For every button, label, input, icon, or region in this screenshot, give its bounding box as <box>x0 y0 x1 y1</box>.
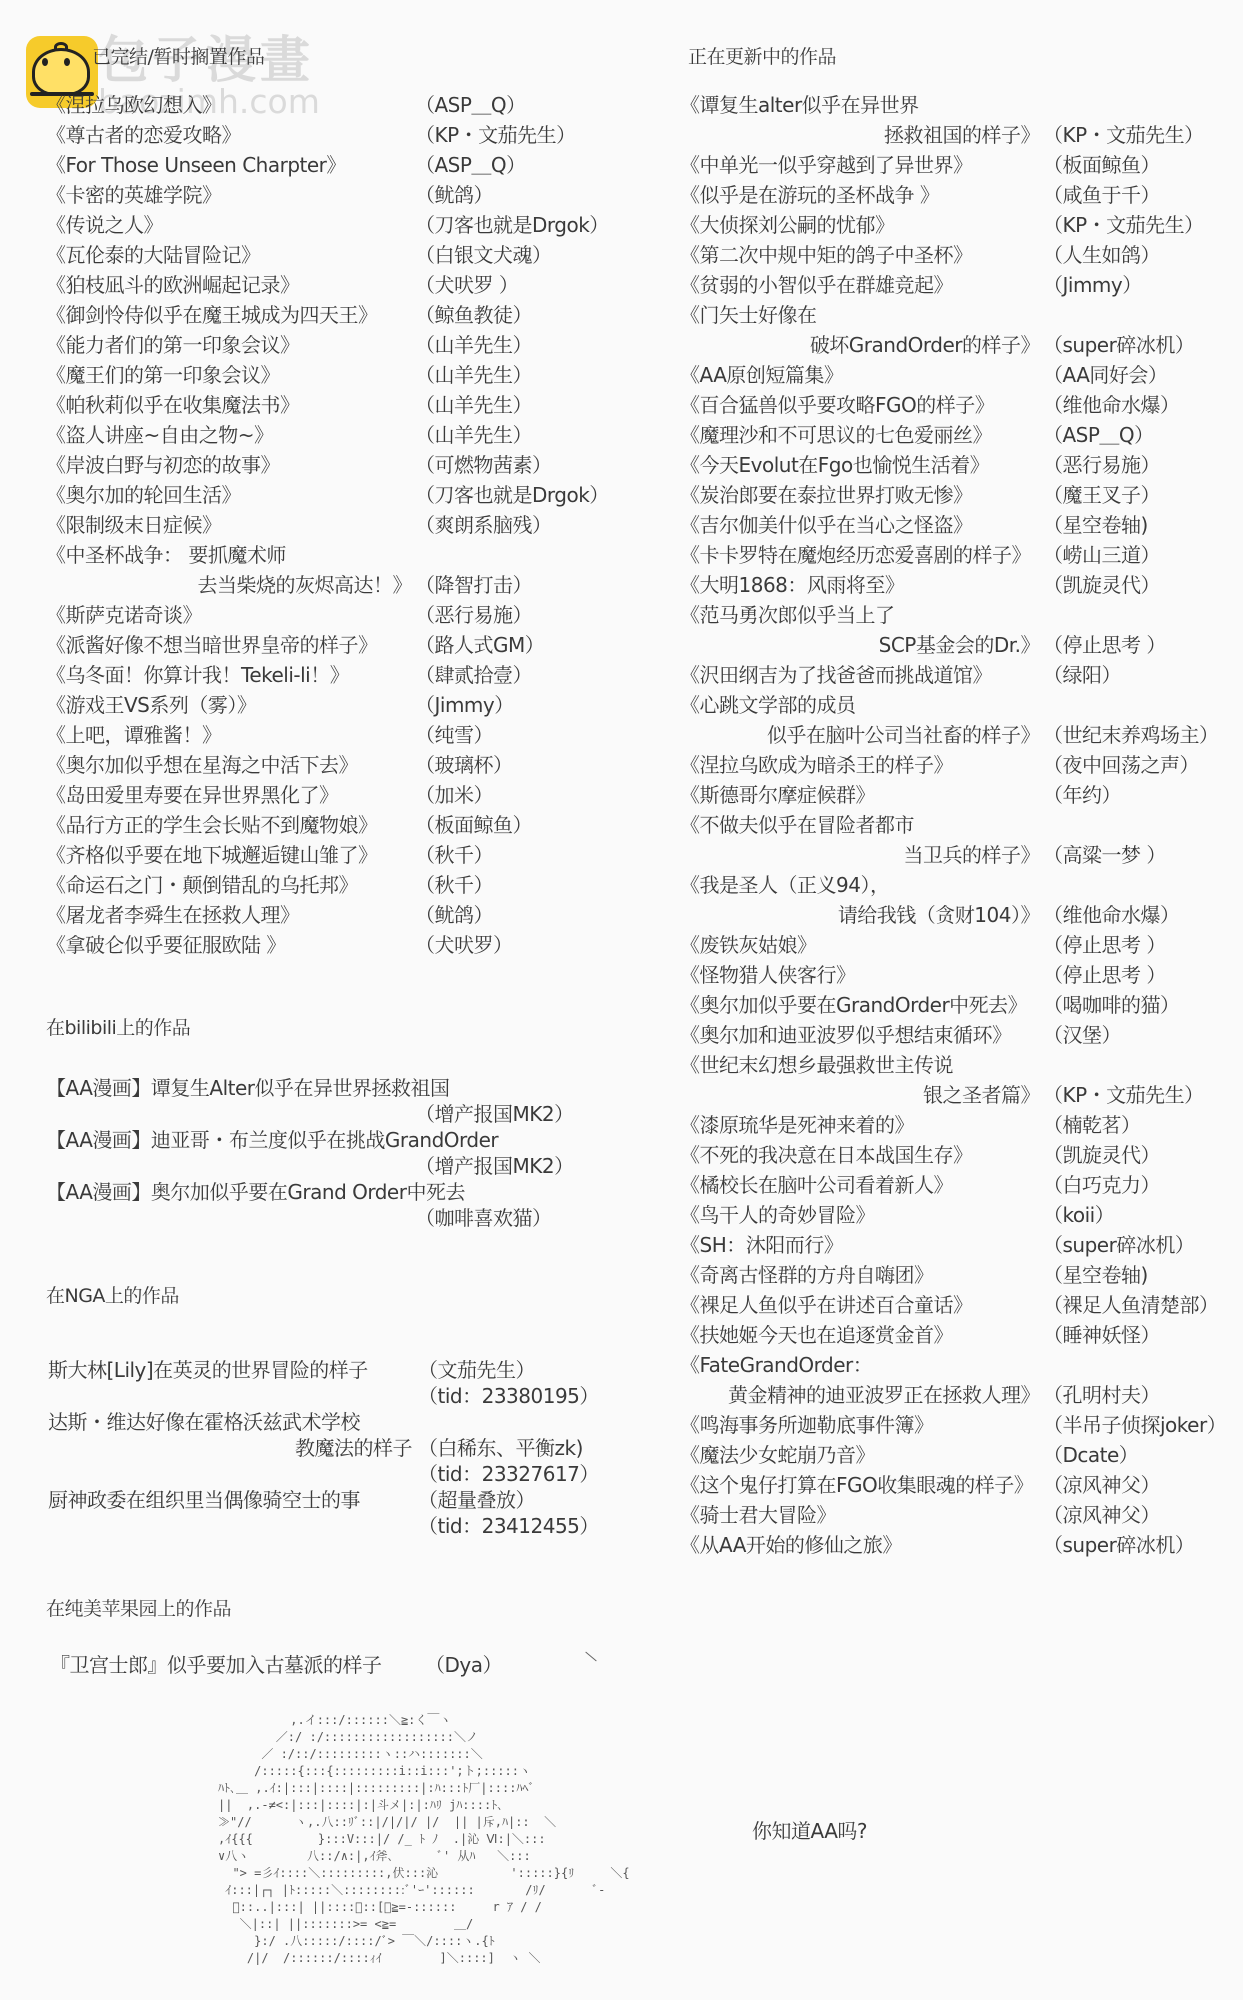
list-item-title: 《贫弱的小智似乎在群雄竞起》 <box>680 270 953 300</box>
list-item-author: （ASP＿Q） <box>415 150 526 180</box>
list-item-title: 《中单光一似乎穿越到了异世界》 <box>680 150 973 180</box>
list-item-title-continued: 去当柴烧的灰烬高达！》 <box>198 570 413 600</box>
list-item-title: 《中圣杯战争： 要抓魔术师 <box>46 540 286 570</box>
list-item-title-continued: 破坏GrandOrder的样子》 <box>810 330 1040 360</box>
list-item-tid: （tid：23380195） <box>418 1381 599 1411</box>
list-item-author: （秋千） <box>415 840 493 870</box>
list-item-author: （super碎冰机） <box>1043 1230 1194 1260</box>
list-item-author: （凉风神父） <box>1043 1500 1160 1530</box>
list-item-title: 《FateGrandOrder： <box>680 1350 872 1380</box>
bilibili-heading: 在bilibili上的作品 <box>46 1013 190 1043</box>
list-item-author: （加米） <box>415 780 493 810</box>
list-item-title: 《奥尔加似乎想在星海之中活下去》 <box>46 750 358 780</box>
list-item-author: （路人式GM） <box>415 630 544 660</box>
list-item-title: 《从AA开始的修仙之旅》 <box>680 1530 902 1560</box>
list-item-title: 《骑士君大冒险》 <box>680 1500 836 1530</box>
list-item-author: （白银文犬魂） <box>415 240 552 270</box>
list-item-author: （Jimmy） <box>1043 270 1142 300</box>
list-item-title: 《魔理沙和不可思议的七色爱丽丝》 <box>680 420 992 450</box>
list-item-author: （koii） <box>1043 1200 1114 1230</box>
list-item-author: （鱿鸽） <box>415 180 493 210</box>
list-item-author: （山羊先生） <box>415 360 532 390</box>
list-item-title: 《派酱好像不想当暗世界皇帝的样子》 <box>46 630 378 660</box>
list-item-author: （刀客也就是Drgok） <box>415 210 609 240</box>
updating-heading: 正在更新中的作品 <box>688 42 836 72</box>
list-item-title: 《大明1868：风雨将至》 <box>680 570 904 600</box>
list-item-title: 【AA漫画】奥尔加似乎要在Grand Order中死去 <box>46 1177 465 1207</box>
list-item-author: （ASP＿Q） <box>415 90 526 120</box>
list-item-title-continued: 拯救祖国的样子》 <box>884 120 1040 150</box>
list-item-author: （KP・文茄先生） <box>1043 1080 1204 1110</box>
list-item-author: （恶行易施） <box>415 600 532 630</box>
list-item-title: 《大侦探刘公嗣的忧郁》 <box>680 210 895 240</box>
list-item-title-continued: 黄金精神的迪亚波罗正在拯救人理》 <box>728 1380 1040 1410</box>
list-item-title: 《能力者们的第一印象会议》 <box>46 330 300 360</box>
ascii-art-illustration: ,.イ:::/::::::＼≧:く￣ヽ ／:/ :/::::::::::::::… <box>218 1712 630 1967</box>
list-item-author: （喝咖啡的猫） <box>1043 990 1180 1020</box>
list-item-author: （降智打击） <box>415 570 532 600</box>
list-item-title: 《奥尔加似乎要在GrandOrder中死去》 <box>680 990 1027 1020</box>
list-item-title: 《世纪末幻想乡最强救世主传说 <box>680 1050 953 1080</box>
list-item-title-continued: 似乎在脑叶公司当社畜的样子》 <box>767 720 1040 750</box>
list-item-title: 《奇离古怪群的方舟自嗨团》 <box>680 1260 934 1290</box>
list-item-title: 《游戏王VS系列（雾）》 <box>46 690 256 720</box>
list-item-title: 《斯萨克诺奇谈》 <box>46 600 202 630</box>
list-item-author: （维他命水爆） <box>1043 390 1180 420</box>
list-item-author: （纯雪） <box>415 720 493 750</box>
list-item-title: 《废铁灰姑娘》 <box>680 930 817 960</box>
list-item-title: 《似乎是在游玩的圣杯战争 》 <box>680 180 939 210</box>
list-item-author: （鱿鸽） <box>415 900 493 930</box>
list-item-title: 《帕秋莉似乎在收集魔法书》 <box>46 390 300 420</box>
list-item-title: 《橘校长在脑叶公司看着新人》 <box>680 1170 953 1200</box>
list-item-title: 《不死的我决意在日本战国生存》 <box>680 1140 973 1170</box>
list-item-author: （停止思考 ） <box>1043 960 1166 990</box>
list-item-author: （半吊子侦探joker） <box>1043 1410 1226 1440</box>
list-item-title: 《御剑怜侍似乎在魔王城成为四天王》 <box>46 300 378 330</box>
list-item-author: （咖啡喜欢猫） <box>415 1203 552 1233</box>
list-item-author: （鲸鱼教徒） <box>415 300 532 330</box>
list-item-title-continued: 银之圣者篇》 <box>923 1080 1040 1110</box>
list-item-title: 斯大林[Lily]在英灵的世界冒险的样子 <box>48 1355 368 1385</box>
list-item-title: 《瓦伦泰的大陆冒险记》 <box>46 240 261 270</box>
list-item-title: 《鸣海事务所迦勒底事件簿》 <box>680 1410 934 1440</box>
list-item-title: 《限制级末日症候》 <box>46 510 222 540</box>
list-item-author: （KP・文茄先生） <box>1043 210 1204 240</box>
list-item-author: （山羊先生） <box>415 390 532 420</box>
list-item-title: 厨神政委在组织里当偶像骑空士的事 <box>48 1485 360 1515</box>
list-item-author: （爽朗系脑残） <box>415 510 552 540</box>
list-item-author: （星空卷轴) <box>1043 1260 1148 1290</box>
list-item-author: （犬吠罗 ） <box>415 270 518 300</box>
list-item-author: （KP・文茄先生） <box>415 120 576 150</box>
list-item-title: 《齐格似乎要在地下城邂逅键山雏了》 <box>46 840 378 870</box>
list-item-title: 《岸波白野与初恋的故事》 <box>46 450 280 480</box>
list-item-author: （高粱一梦 ） <box>1043 840 1166 870</box>
list-item-author: （睡神妖怪） <box>1043 1320 1160 1350</box>
list-item-author: （咸鱼于千） <box>1043 180 1160 210</box>
list-item-author: （魔王叉子） <box>1043 480 1160 510</box>
list-item-author: （汉堡） <box>1043 1020 1121 1050</box>
list-item-title: 《魔法少女蛇崩乃音》 <box>680 1440 875 1470</box>
list-item-title: 《漆原琉华是死神来着的》 <box>680 1110 914 1140</box>
list-item-author: （super碎冰机） <box>1043 330 1194 360</box>
list-item-title: 《魔王们的第一印象会议》 <box>46 360 280 390</box>
list-item-title: 《今天Evolut在Fgo也愉悦生活着》 <box>680 450 989 480</box>
list-item-title: 《拿破仑似乎要征服欧陆 》 <box>46 930 286 960</box>
list-item-title: 《范马勇次郎似乎当上了 <box>680 600 895 630</box>
list-item-author: （年约） <box>1043 780 1121 810</box>
list-item-title: 《第二次中规中矩的鸽子中圣杯》 <box>680 240 973 270</box>
list-item-author: （ASP＿Q） <box>1043 420 1154 450</box>
list-item-author: （KP・文茄先生） <box>1043 120 1204 150</box>
nga-heading: 在NGA上的作品 <box>46 1281 179 1311</box>
list-item-title-continued: SCP基金会的Dr.》 <box>879 630 1040 660</box>
completed-heading: 已完结/暂时搁置作品 <box>92 42 264 72</box>
list-item-title: 《吉尔伽美什似乎在当心之怪盗》 <box>680 510 973 540</box>
list-item-title: 《乌冬面！你算计我！Tekeli-li！》 <box>46 660 349 690</box>
list-item-title: 《卡密的英雄学院》 <box>46 180 222 210</box>
list-item-title: 《奥尔加和迪亚波罗似乎想结束循环》 <box>680 1020 1012 1050</box>
list-item-author: （星空卷轴) <box>1043 510 1148 540</box>
list-item-author: （白巧克力） <box>1043 1170 1160 1200</box>
list-item-title-continued: 当卫兵的样子》 <box>904 840 1041 870</box>
list-item-author: （板面鲸鱼） <box>1043 150 1160 180</box>
list-item-author: （AA同好会） <box>1043 360 1167 390</box>
list-item-author: （山羊先生） <box>415 420 532 450</box>
list-item-title: 【AA漫画】谭复生Alter似乎在异世界拯救祖国 <box>46 1073 450 1103</box>
list-item-title-continued: 请给我钱（贪财104）》 <box>838 900 1040 930</box>
list-item-author: （夜中回荡之声） <box>1043 750 1199 780</box>
list-item-title: 《扶她姬今天也在追逐赏金首》 <box>680 1320 953 1350</box>
list-item-title: 《狛枝凪斗的欧洲崛起记录》 <box>46 270 300 300</box>
list-item-author: （可燃物茜素） <box>415 450 552 480</box>
list-item-title: 《不做夫似乎在冒险者都市 <box>680 810 914 840</box>
list-item-title: 《这个鬼仔打算在FGO收集眼魂的样子》 <box>680 1470 1033 1500</box>
list-item-author: （玻璃杯） <box>415 750 513 780</box>
list-item-title: 《百合猛兽似乎要攻略FGO的样子》 <box>680 390 994 420</box>
list-item-author: （Dcate） <box>1043 1440 1138 1470</box>
list-item-title: 《屠龙者李舜生在拯救人理》 <box>46 900 300 930</box>
list-item-title: 《裸足人鱼似乎在讲述百合童话》 <box>680 1290 973 1320</box>
list-item-title: 《SH：沐阳而行》 <box>680 1230 843 1260</box>
list-item-author: （刀客也就是Drgok） <box>415 480 609 510</box>
list-item-author: （板面鲸鱼） <box>415 810 532 840</box>
list-item-author: （凉风神父） <box>1043 1470 1160 1500</box>
list-item-title: 《盗人讲座~自由之物~》 <box>46 420 274 450</box>
list-item-title: 《尊古者的恋爱攻略》 <box>46 120 241 150</box>
list-item-author: （犬吠罗） <box>415 930 513 960</box>
list-item-title: 《岛田爱里寿要在异世界黑化了》 <box>46 780 339 810</box>
list-item-author: （人生如鸽） <box>1043 240 1160 270</box>
list-item-title: 《传说之人》 <box>46 210 163 240</box>
list-item-author: （维他命水爆） <box>1043 900 1180 930</box>
page: 包子漫畫 baozimh.com 已完结/暂时搁置作品 《涅拉乌欧幻想入》（AS… <box>0 0 1243 2000</box>
list-item-tid: （tid：23412455） <box>418 1511 599 1541</box>
list-item-title: 《涅拉乌欧成为暗杀王的样子》 <box>680 750 953 780</box>
list-item-author: （楠乾茗） <box>1043 1110 1141 1140</box>
list-item-author: （孔明村夫） <box>1043 1380 1160 1410</box>
list-item-title: 《门矢士好像在 <box>680 300 817 330</box>
list-item-author: （凯旋灵代） <box>1043 1140 1160 1170</box>
list-item-title: 《上吧，谭雅酱！》 <box>46 720 222 750</box>
list-item-author: （秋千） <box>415 870 493 900</box>
list-item-title: 《心跳文学部的成员 <box>680 690 856 720</box>
list-item-author: （Jimmy） <box>415 690 514 720</box>
list-item-title: 《斯德哥尔摩症候群》 <box>680 780 875 810</box>
list-item-author: （super碎冰机） <box>1043 1530 1194 1560</box>
list-item-title-continued: 教魔法的样子 <box>295 1433 412 1463</box>
list-item-title: 《涅拉乌欧幻想入》 <box>46 90 222 120</box>
list-item-author: （崂山三道） <box>1043 540 1160 570</box>
list-item-author: （绿阳） <box>1043 660 1121 690</box>
list-item-title: 《命运石之门・颠倒错乱的乌托邦》 <box>46 870 358 900</box>
list-item-author: （停止思考 ） <box>1043 630 1166 660</box>
list-item-title: 《鸟干人的奇妙冒险》 <box>680 1200 875 1230</box>
list-item-title: 《品行方正的学生会长贴不到魔物娘》 <box>46 810 378 840</box>
list-item-title: 《沢田纲吉为了找爸爸而挑战道馆》 <box>680 660 992 690</box>
list-item-author: （恶行易施） <box>1043 450 1160 480</box>
decorative-stroke <box>585 1652 596 1662</box>
list-item-author: （世纪末养鸡场主） <box>1043 720 1219 750</box>
apple-item-author: （Dya） <box>425 1650 502 1680</box>
list-item-title: 《AA原创短篇集》 <box>680 360 843 390</box>
list-item-author: （裸足人鱼清楚部） <box>1043 1290 1219 1320</box>
list-item-title: 《炭治郎要在泰拉世界打败无惨》 <box>680 480 973 510</box>
aa-question-text: 你知道AA吗? <box>752 1816 867 1846</box>
list-item-title: 《怪物猎人侠客行》 <box>680 960 856 990</box>
list-item-author: （山羊先生） <box>415 330 532 360</box>
list-item-title: 《奥尔加的轮回生活》 <box>46 480 241 510</box>
list-item-title: 《卡卡罗特在魔炮经历恋爱喜剧的样子》 <box>680 540 1031 570</box>
apple-heading: 在纯美苹果园上的作品 <box>46 1594 231 1624</box>
list-item-author: （停止思考 ） <box>1043 930 1166 960</box>
list-item-title: 《For Those Unseen Charpter》 <box>46 150 346 180</box>
list-item-author: （肆贰拾壹） <box>415 660 532 690</box>
list-item-author: （凯旋灵代） <box>1043 570 1160 600</box>
list-item-title: 《我是圣人（正义94）， <box>680 870 889 900</box>
apple-item-title: 『卫宫士郎』似乎要加入古墓派的样子 <box>50 1650 382 1680</box>
list-item-title: 《谭复生alter似乎在异世界 <box>680 90 919 120</box>
